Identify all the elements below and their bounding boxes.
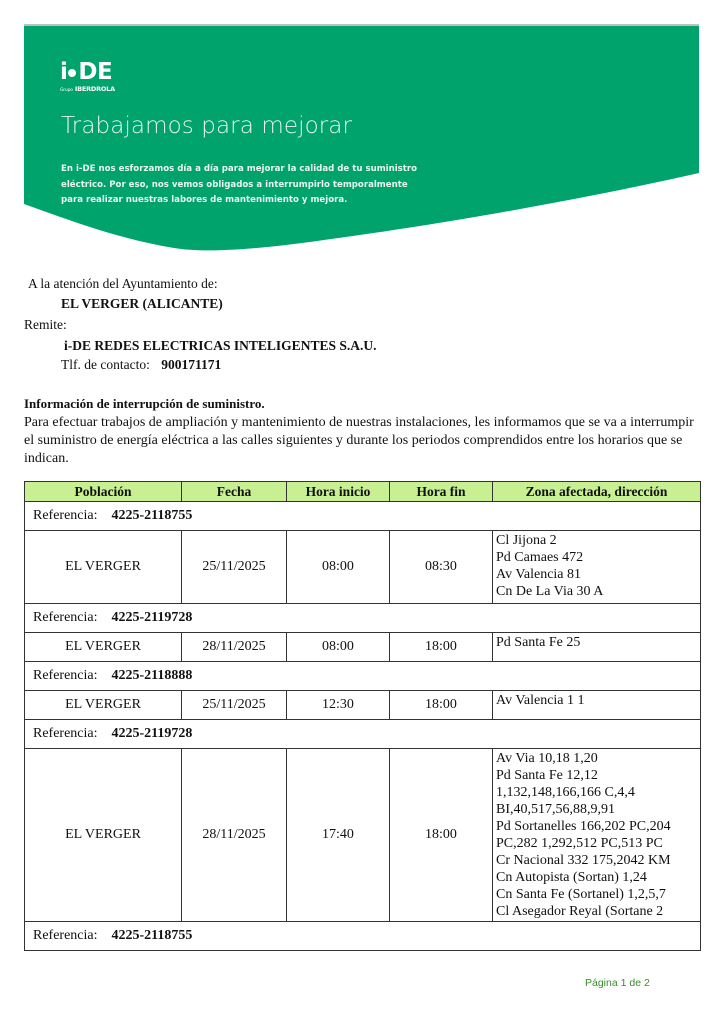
logo-group-label: Grupo <box>60 88 73 93</box>
cell-fecha: 25/11/2025 <box>182 531 287 604</box>
zona-line: Cn De La Via 30 A <box>496 583 697 600</box>
reference-row: Referencia:4225-2118755 <box>25 502 701 531</box>
attention-label: A la atención del Ayuntamiento de: <box>28 276 218 292</box>
column-header-poblacion: Población <box>25 482 182 502</box>
interruptions-table: Población Fecha Hora inicio Hora fin Zon… <box>24 481 701 951</box>
table-row: EL VERGER25/11/202512:3018:00Av Valencia… <box>25 691 701 720</box>
table-header-row: Población Fecha Hora inicio Hora fin Zon… <box>25 482 701 502</box>
cell-fecha: 28/11/2025 <box>182 749 287 922</box>
table-row: EL VERGER28/11/202517:4018:00Av Via 10,1… <box>25 749 701 922</box>
cell-hora-fin: 18:00 <box>390 633 493 662</box>
zona-line: Cl Asegador Reyal (Sortane 2 <box>496 903 697 920</box>
table-body: Referencia:4225-2118755EL VERGER25/11/20… <box>25 502 701 951</box>
cell-hora-inicio: 08:00 <box>287 633 390 662</box>
table-row: EL VERGER25/11/202508:0008:30Cl Jijona 2… <box>25 531 701 604</box>
reference-row: Referencia:4225-2119728 <box>25 604 701 633</box>
reference-row: Referencia:4225-2119728 <box>25 720 701 749</box>
reference-number: 4225-2119728 <box>112 726 193 741</box>
reference-cell: Referencia:4225-2119728 <box>25 720 701 749</box>
reference-label: Referencia: <box>33 726 98 741</box>
cell-hora-inicio: 17:40 <box>287 749 390 922</box>
zona-line: Av Via 10,18 1,20 <box>496 750 697 767</box>
cell-fecha: 25/11/2025 <box>182 691 287 720</box>
reference-row: Referencia:4225-2118755 <box>25 922 701 951</box>
cell-hora-inicio: 08:00 <box>287 531 390 604</box>
cell-hora-fin: 18:00 <box>390 749 493 922</box>
reference-number: 4225-2118888 <box>112 668 193 683</box>
reference-number: 4225-2118755 <box>112 928 193 943</box>
reference-label: Referencia: <box>33 610 98 625</box>
reference-row: Referencia:4225-2118888 <box>25 662 701 691</box>
zona-line: Cl Jijona 2 <box>496 532 697 549</box>
banner-shape <box>24 24 699 254</box>
info-body: Para efectuar trabajos de ampliación y m… <box>24 414 700 468</box>
cell-zona: Cl Jijona 2Pd Camaes 472Av Valencia 81Cn… <box>493 531 701 604</box>
cell-poblacion: EL VERGER <box>25 531 182 604</box>
info-title: Información de interrupción de suministr… <box>24 396 265 412</box>
page-number: Página 1 de 2 <box>585 977 650 989</box>
cell-zona: Pd Santa Fe 25 <box>493 633 701 662</box>
reference-cell: Referencia:4225-2118888 <box>25 662 701 691</box>
zona-line: Cn Autopista (Sortan) 1,24 <box>496 869 697 886</box>
column-header-fecha: Fecha <box>182 482 287 502</box>
zona-line: Cn Santa Fe (Sortanel) 1,2,5,7 <box>496 886 697 903</box>
header-banner <box>24 24 699 254</box>
zona-line: Pd Camaes 472 <box>496 549 697 566</box>
cell-zona: Av Via 10,18 1,20Pd Santa Fe 12,121,132,… <box>493 749 701 922</box>
zona-line: Pd Santa Fe 25 <box>496 634 697 651</box>
cell-fecha: 28/11/2025 <box>182 633 287 662</box>
reference-cell: Referencia:4225-2118755 <box>25 922 701 951</box>
logo-text: DE <box>78 60 112 84</box>
zona-line: Pd Sortanelles 166,202 PC,204 <box>496 818 697 835</box>
logo-dot-icon <box>68 69 76 77</box>
logo-group-name: IBERDROLA <box>75 85 115 93</box>
cell-hora-fin: 08:30 <box>390 531 493 604</box>
cell-poblacion: EL VERGER <box>25 633 182 662</box>
table-row: EL VERGER28/11/202508:0018:00Pd Santa Fe… <box>25 633 701 662</box>
banner-description: En i-DE nos esforzamos día a día para me… <box>61 162 441 209</box>
zona-line: PC,282 1,292,512 PC,513 PC <box>496 835 697 852</box>
sender-label: Remite: <box>24 317 67 333</box>
zona-line: 1,132,148,166,166 C,4,4 <box>496 784 697 801</box>
cell-poblacion: EL VERGER <box>25 749 182 922</box>
municipality-name: EL VERGER (ALICANTE) <box>61 296 223 312</box>
cell-hora-inicio: 12:30 <box>287 691 390 720</box>
banner-text-line: eléctrico. Por eso, nos vemos obligados … <box>61 178 441 194</box>
zona-line: Pd Santa Fe 12,12 <box>496 767 697 784</box>
column-header-hora-fin: Hora fin <box>390 482 493 502</box>
contact-row: Tlf. de contacto: 900171171 <box>61 357 221 373</box>
zona-line: Av Valencia 81 <box>496 566 697 583</box>
zona-line: BI,40,517,56,88,9,91 <box>496 801 697 818</box>
contact-phone: 900171171 <box>161 357 221 372</box>
reference-number: 4225-2118755 <box>112 508 193 523</box>
sender-name: i-DE REDES ELECTRICAS INTELIGENTES S.A.U… <box>64 338 376 354</box>
cell-poblacion: EL VERGER <box>25 691 182 720</box>
reference-cell: Referencia:4225-2119728 <box>25 604 701 633</box>
banner-title: Trabajamos para mejorar <box>61 113 352 139</box>
banner-text-line: En i-DE nos esforzamos día a día para me… <box>61 162 441 178</box>
reference-label: Referencia: <box>33 928 98 943</box>
reference-cell: Referencia:4225-2118755 <box>25 502 701 531</box>
banner-text-line: para realizar nuestras labores de manten… <box>61 193 441 209</box>
zona-line: Cr Nacional 332 175,2042 KM <box>496 852 697 869</box>
reference-number: 4225-2119728 <box>112 610 193 625</box>
ide-logo: iDE Grupo IBERDROLA <box>60 60 115 93</box>
reference-label: Referencia: <box>33 508 98 523</box>
reference-label: Referencia: <box>33 668 98 683</box>
contact-label: Tlf. de contacto: <box>61 357 150 372</box>
cell-hora-fin: 18:00 <box>390 691 493 720</box>
zona-line: Av Valencia 1 1 <box>496 692 697 709</box>
column-header-zona: Zona afectada, dirección <box>493 482 701 502</box>
column-header-hora-inicio: Hora inicio <box>287 482 390 502</box>
cell-zona: Av Valencia 1 1 <box>493 691 701 720</box>
